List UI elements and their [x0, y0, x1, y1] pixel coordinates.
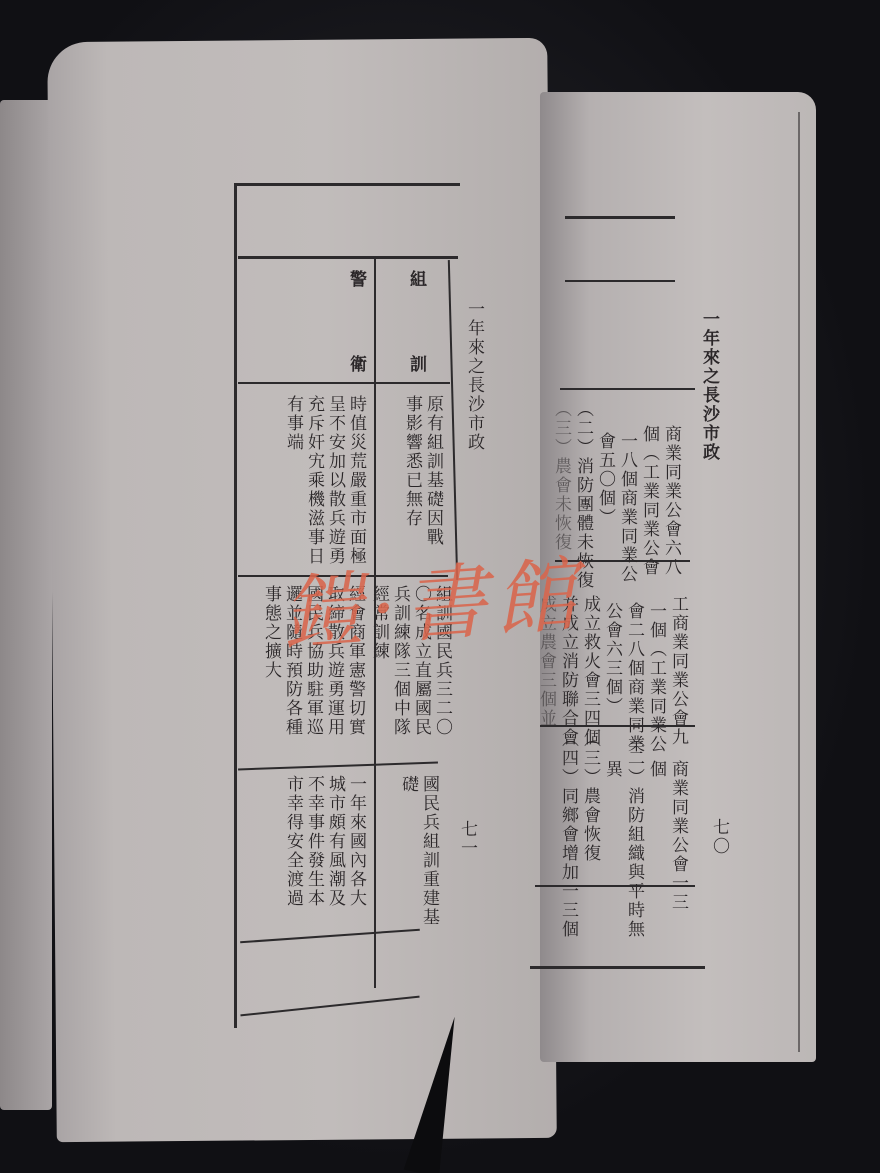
header-bottom-rule — [238, 382, 450, 384]
running-title-left: 一年來之長沙市政 — [463, 300, 484, 452]
previous-pages-edge — [0, 100, 52, 1110]
right-r3-c5: （三）農會恢復 — [579, 730, 600, 863]
right-r2-c4: 公會六三個） — [601, 602, 622, 716]
right-r2-c1: 工商業同業公會九 — [667, 595, 688, 747]
cell-jingwei-result: 一年來國內各大城市頗有風潮及不幸事件發生本市幸得安全渡過 — [290, 775, 366, 925]
right-margin-rule — [798, 112, 800, 1052]
right-rule-header — [565, 280, 675, 282]
right-r1-c3: 一八個商業同業公 — [616, 432, 637, 584]
right-rule-row0 — [560, 388, 695, 390]
page-number-right: 七〇 — [708, 818, 729, 856]
right-r1-c1: 商業同業公會六八 — [660, 425, 681, 577]
cell-jingwei-before: 時值災荒嚴重市面極呈不安加以散兵遊勇充斥奸宄乘機滋事日有事端 — [290, 395, 366, 570]
header-jing: 警 — [345, 270, 366, 289]
right-r3-c2: 個 — [645, 760, 666, 779]
header-wei: 衛 — [345, 355, 366, 374]
right-r1-c2: 個（工業同業公會 — [638, 425, 659, 577]
header-zu: 組 — [405, 270, 426, 289]
right-rule-bottom — [530, 966, 705, 969]
right-r3-c4: 異 — [601, 760, 622, 779]
right-r2-c2: 一個（工業同業公 — [645, 602, 666, 754]
table-top-rule — [234, 183, 460, 186]
right-r1-c4: 會五〇個） — [594, 432, 615, 527]
page-number-left: 七一 — [456, 820, 477, 858]
right-r1-c6: （三）農會未恢復 — [550, 400, 571, 552]
right-r3-c6: （四）同鄉會增加一三個 — [557, 730, 578, 939]
running-title-right: 一年來之長沙市政 — [698, 310, 719, 462]
header-xun: 訓 — [405, 355, 426, 374]
cell-zuxun-result: 國民兵組訓重建基礎 — [415, 775, 439, 945]
watermark-stamp: 鎧·書館 — [276, 530, 587, 668]
table-left-rule — [234, 183, 237, 1028]
header-top-rule — [238, 256, 458, 259]
right-r3-c1: 商業同業公會一三 — [667, 760, 688, 912]
right-r3-c3: （二）消防組織與平時無 — [623, 730, 644, 939]
right-rule-top — [565, 216, 675, 219]
